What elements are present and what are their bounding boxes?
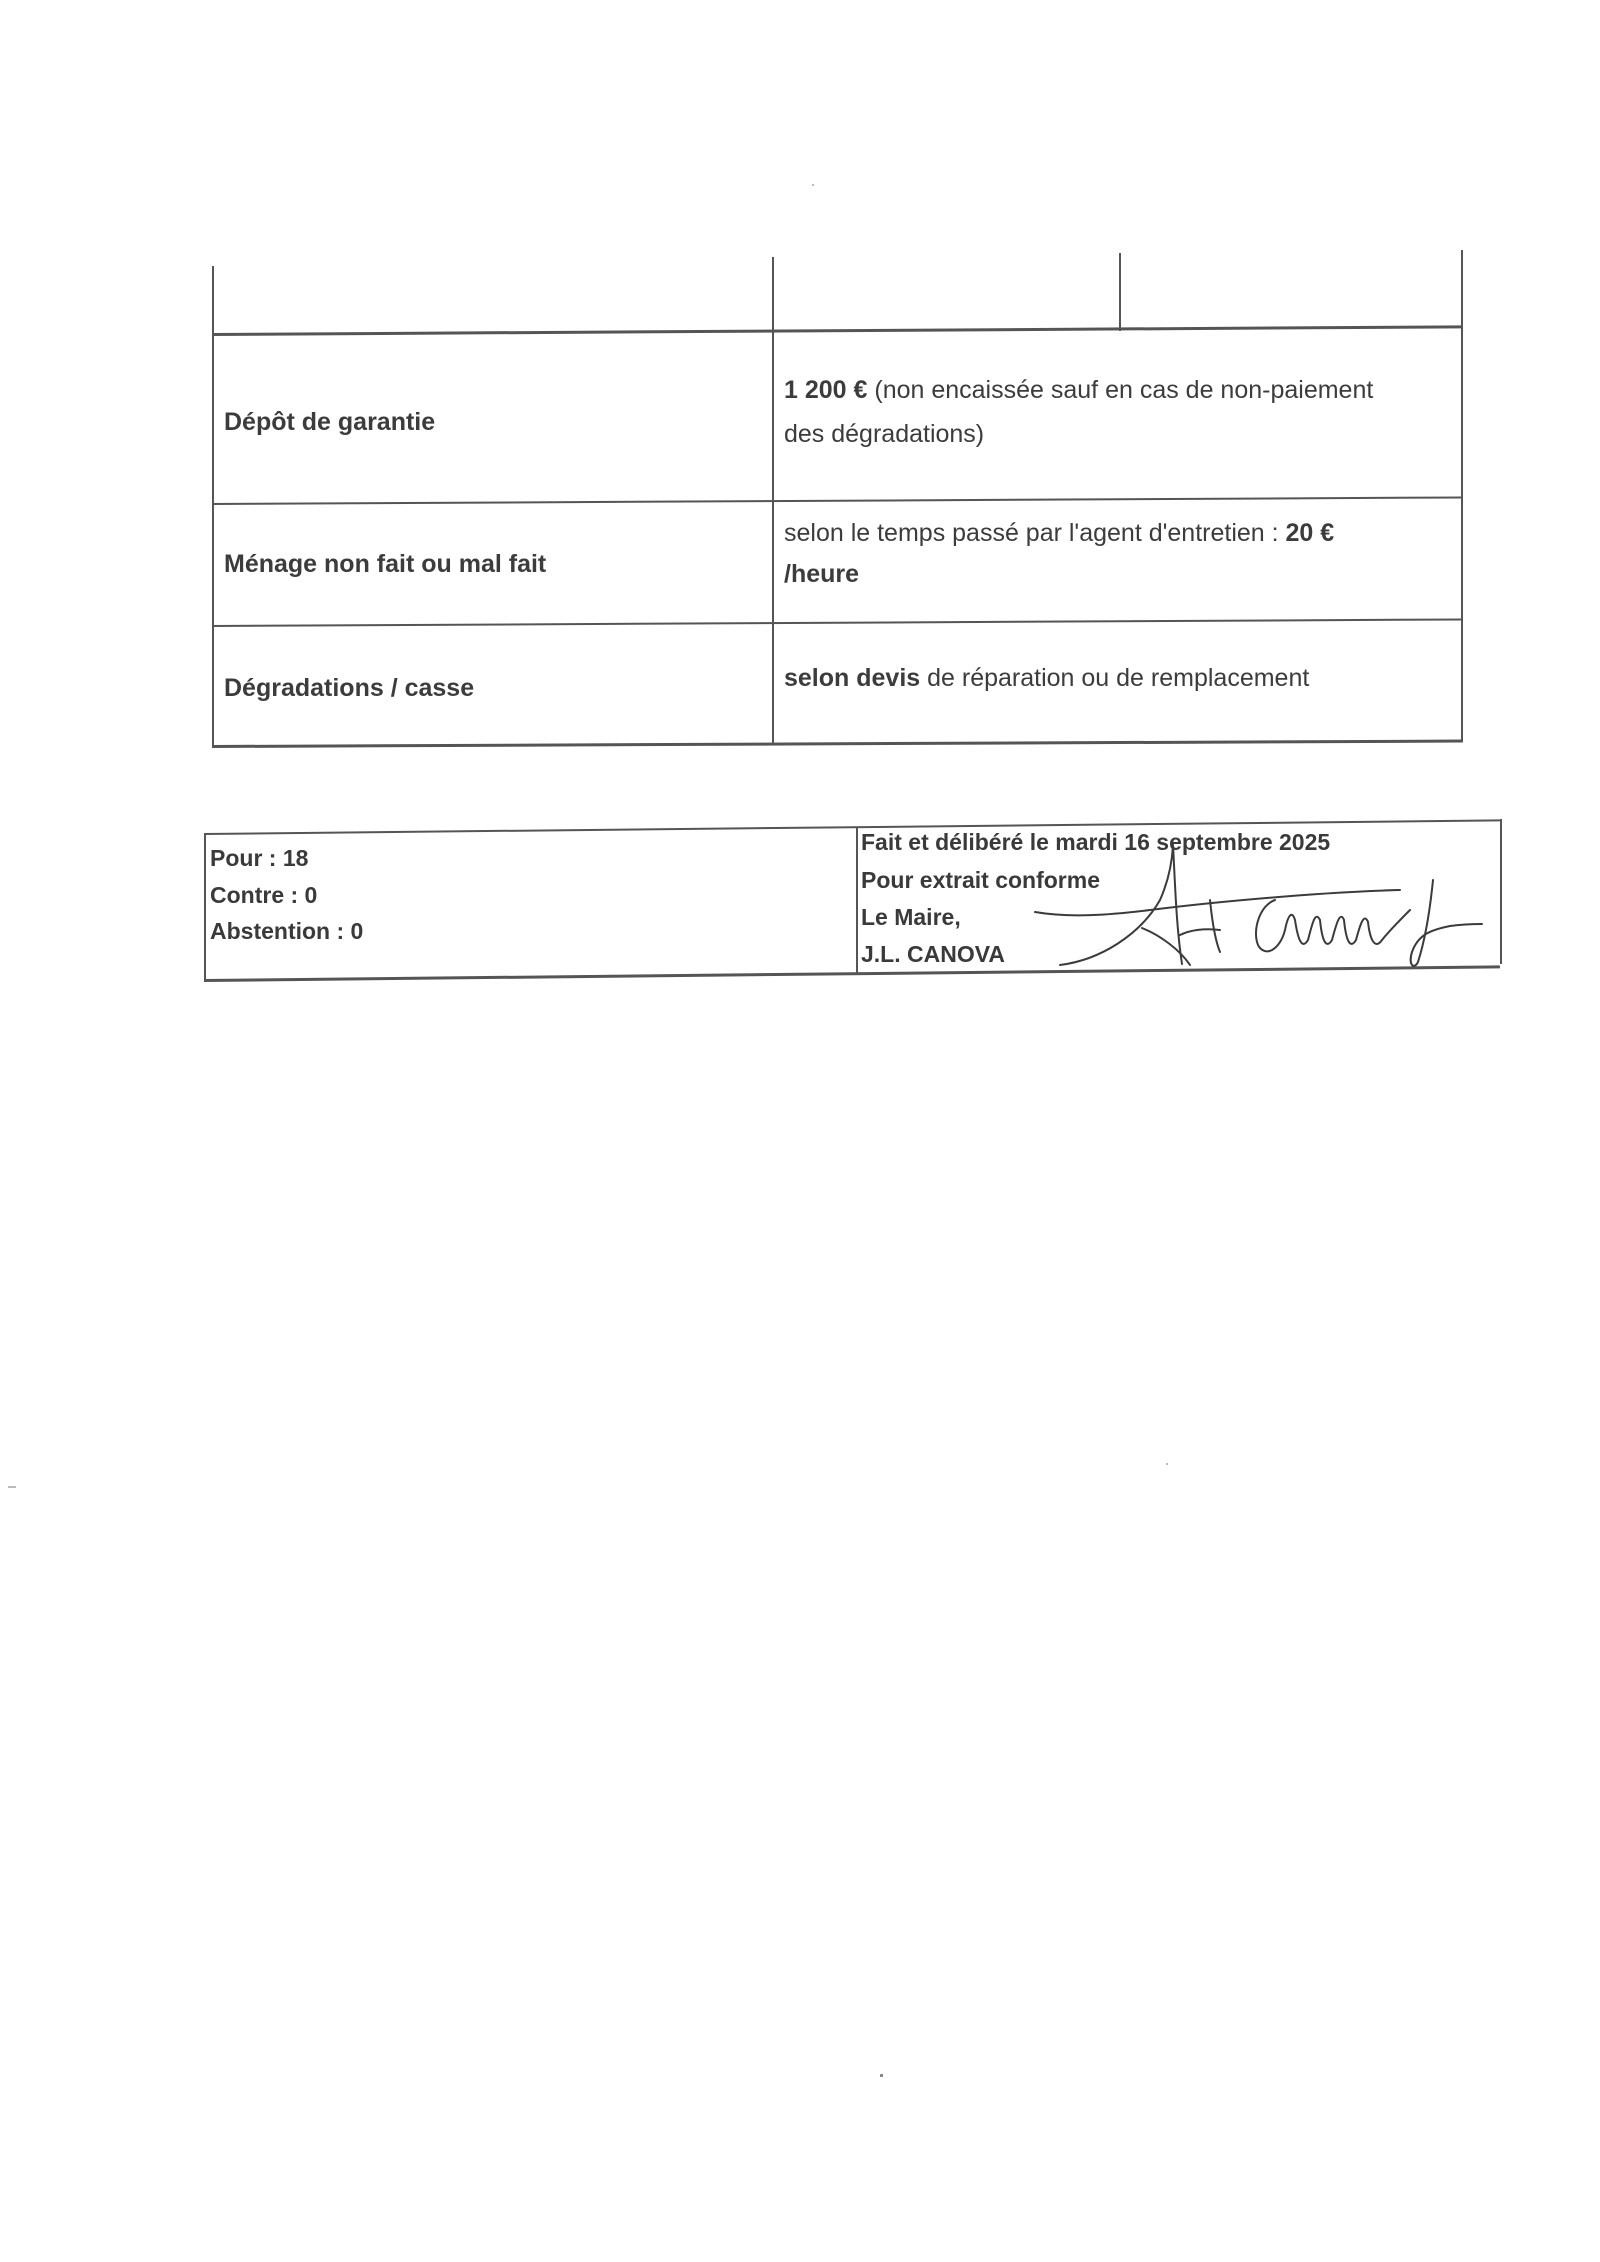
attestation-title: Le Maire, xyxy=(861,899,961,935)
cleaning-note: selon le temps passé par l'agent d'entre… xyxy=(784,519,1286,547)
signature-icon xyxy=(1030,840,1490,990)
table-row-label: Dégradations / casse xyxy=(224,670,474,706)
vote-pour: Pour : 18 xyxy=(210,840,308,876)
box-border-right xyxy=(1500,819,1502,964)
table-row-value: selon devis de réparation ou de remplace… xyxy=(784,660,1309,696)
scan-artifact xyxy=(880,2074,883,2077)
scan-artifact xyxy=(8,1486,16,1488)
table-row-label: Dépôt de garantie xyxy=(224,404,435,440)
table-row-value: 1 200 € (non encaissée sauf en cas de no… xyxy=(784,372,1373,408)
table-divider-third-col xyxy=(1119,253,1121,331)
table-row-border xyxy=(212,325,1463,336)
deposit-amount: 1 200 € xyxy=(784,376,867,404)
cleaning-rate: 20 € xyxy=(1286,519,1335,547)
box-border-left xyxy=(204,834,206,981)
damage-note: de réparation ou de remplacement xyxy=(920,664,1309,692)
table-border-left xyxy=(212,266,214,748)
table-row-value: selon le temps passé par l'agent d'entre… xyxy=(784,515,1334,551)
table-row-value: des dégradations) xyxy=(784,416,984,452)
box-divider xyxy=(856,827,858,973)
damage-basis: selon devis xyxy=(784,664,920,692)
table-row-label: Ménage non fait ou mal fait xyxy=(224,546,546,582)
table-row-value: /heure xyxy=(784,556,859,592)
deposit-note: (non encaissée sauf en cas de non-paieme… xyxy=(867,376,1373,404)
scan-artifact xyxy=(1166,1463,1168,1465)
vote-contre: Contre : 0 xyxy=(210,877,317,913)
table-border-bottom xyxy=(212,740,1463,748)
table-row-border xyxy=(212,618,1463,627)
vote-abstention: Abstention : 0 xyxy=(210,913,363,949)
attestation-name: J.L. CANOVA xyxy=(861,936,1005,972)
scan-artifact xyxy=(812,184,814,186)
table-row-border xyxy=(212,496,1463,505)
